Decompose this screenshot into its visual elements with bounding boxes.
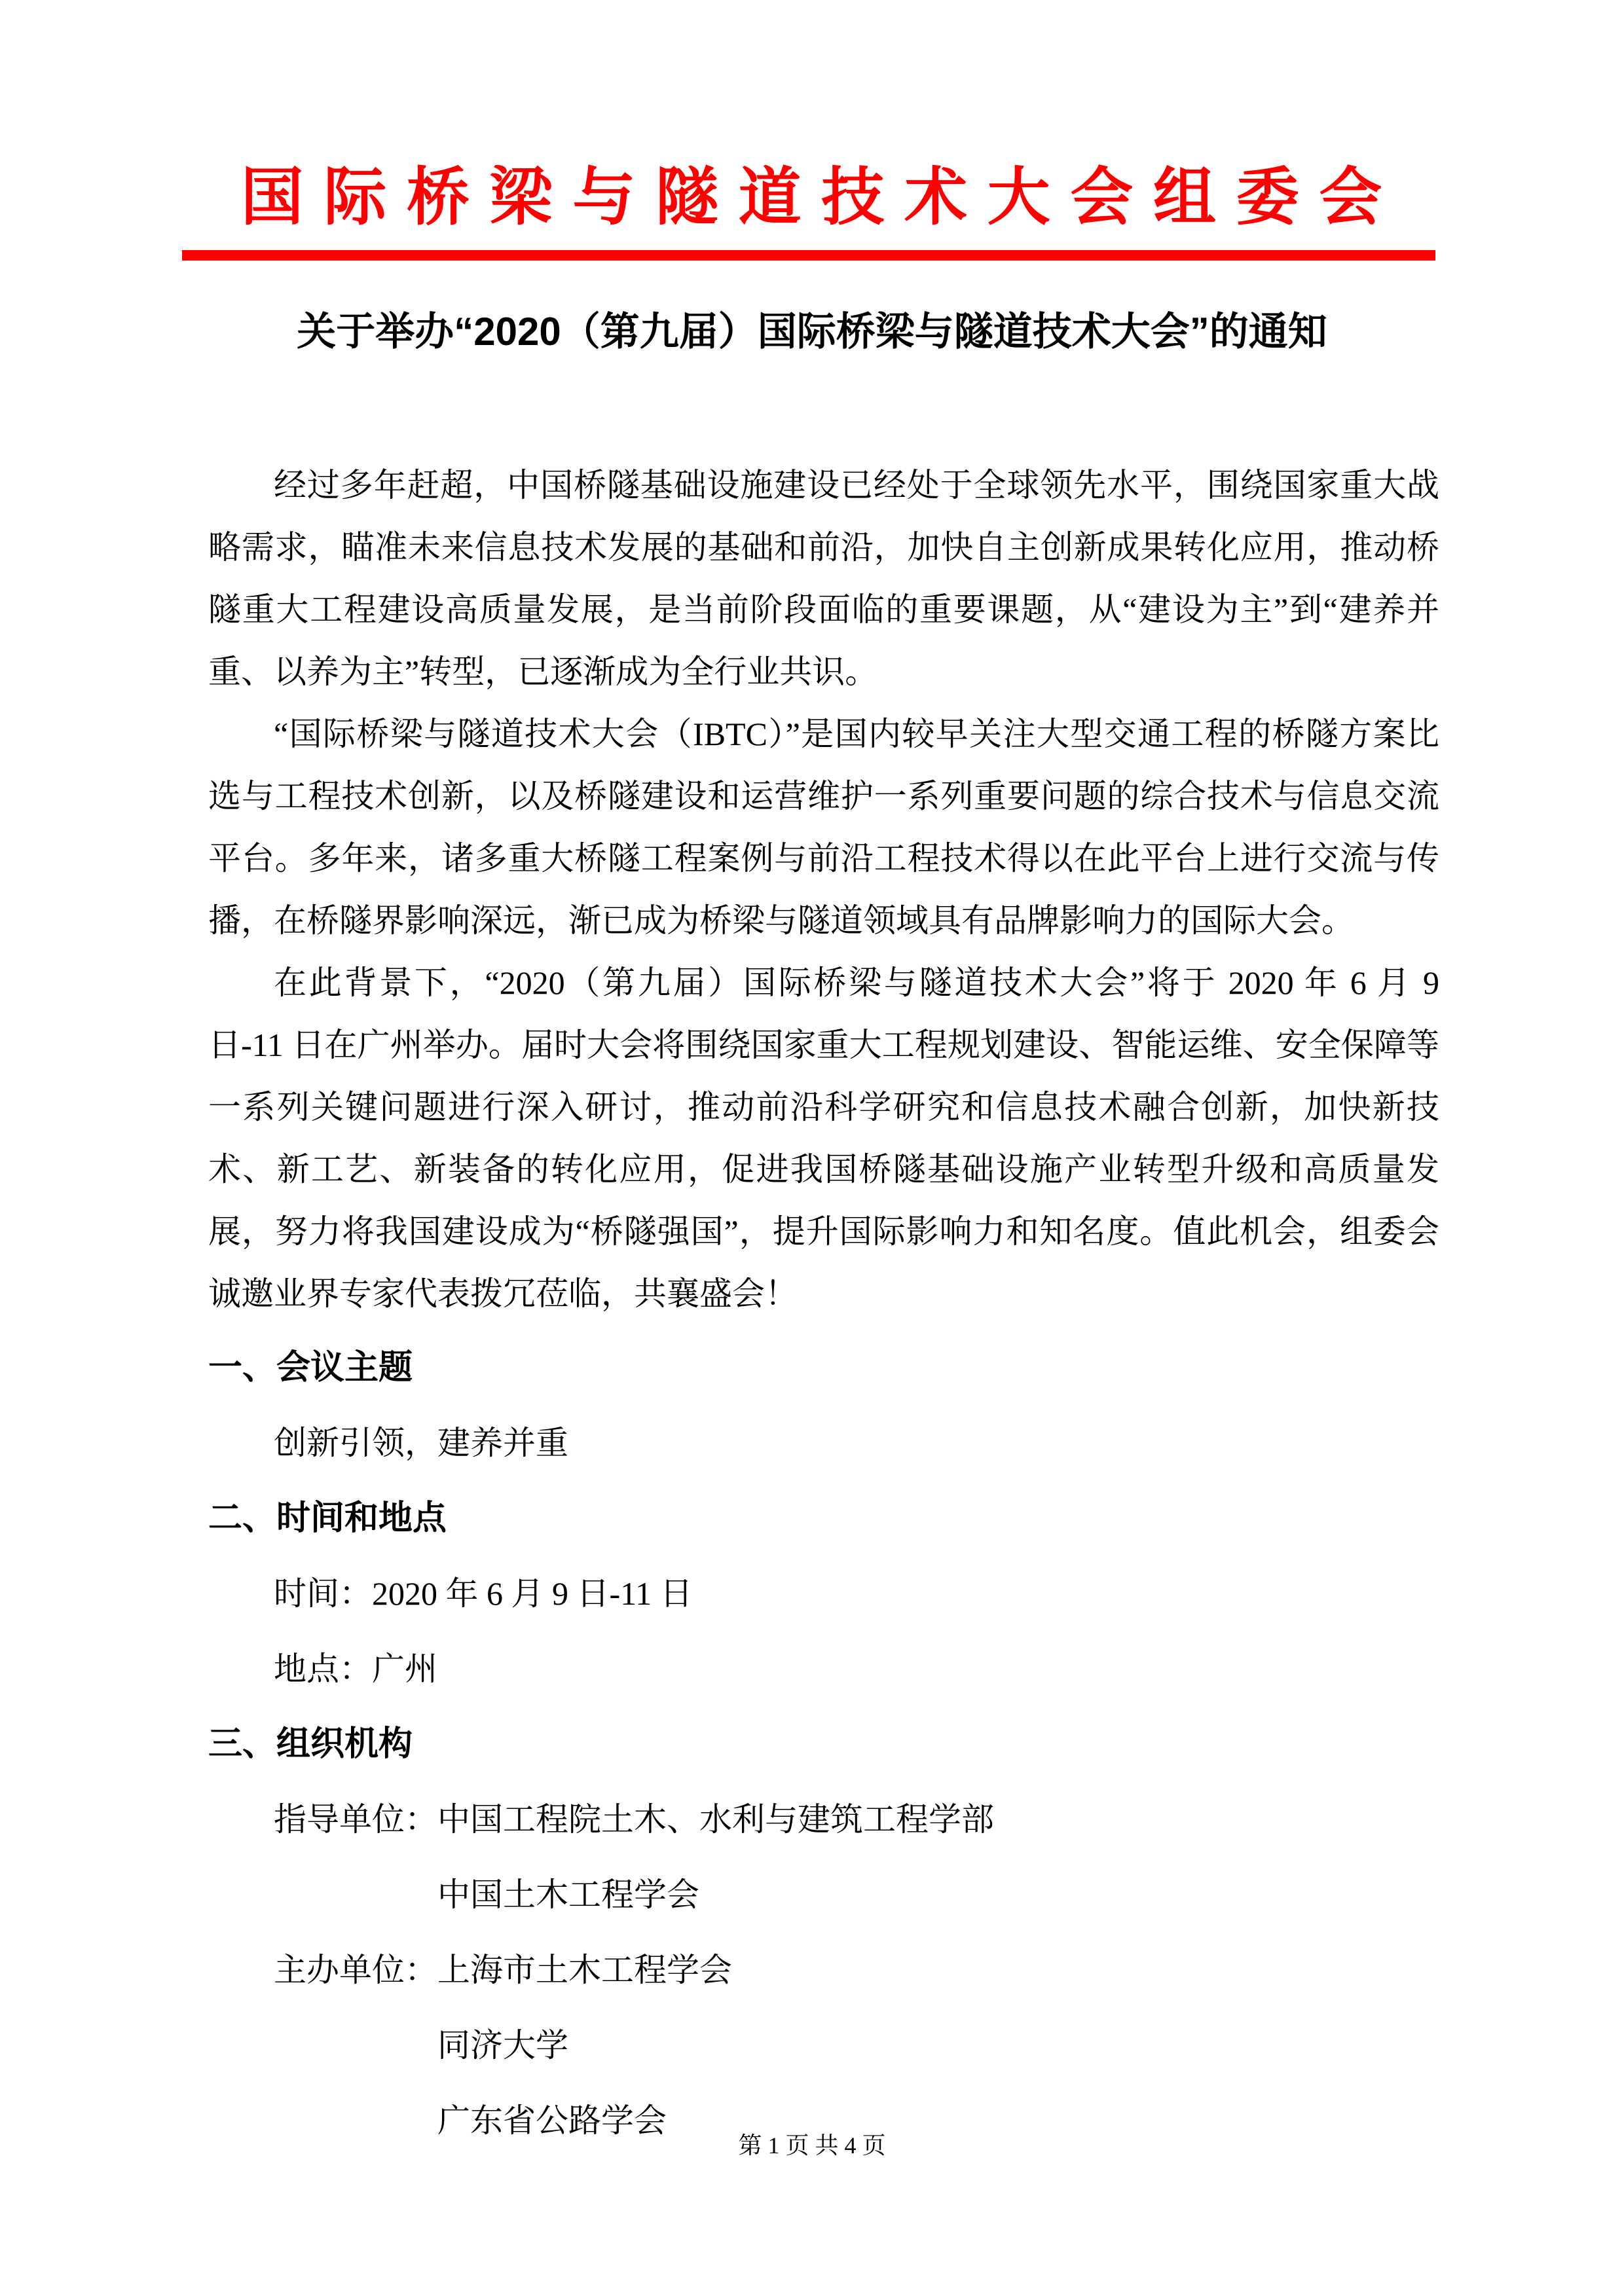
org-row-host-unit: 主办单位：上海市土木工程学会 (208, 1933, 1439, 2008)
org-label-guiding-unit: 指导单位： (274, 1801, 437, 1838)
letterhead-divider-rule (182, 250, 1435, 261)
section-heading-organization: 三、组织机构 (208, 1707, 1439, 1782)
intro-paragraph-3: 在此背景下，“2020（第九届）国际桥梁与隧道技术大会”将于 2020 年 6 … (208, 952, 1439, 1325)
section-heading-conference-theme: 一、会议主题 (208, 1330, 1439, 1406)
letterhead-title: 国 际 桥 梁 与 隧 道 技 术 大 会 组 委 会 (0, 0, 1624, 233)
time-line: 时间：2020 年 6 月 9 日-11 日 (208, 1556, 1439, 1631)
page-number-indicator: 第 1 页 共 4 页 (0, 2132, 1624, 2160)
org-unit: 同济大学 (208, 2008, 1439, 2083)
intro-paragraph-2: “国际桥梁与隧道技术大会（IBTC）”是国内较早关注大型交通工程的桥隧方案比选与… (208, 703, 1439, 952)
intro-paragraph-1: 经过多年赶超，中国桥隧基础设施建设已经处于全球领先水平，围绕国家重大战略需求，瞄… (208, 454, 1439, 703)
section-heading-time-and-venue: 二、时间和地点 (208, 1481, 1439, 1556)
org-unit: 中国工程院土木、水利与建筑工程学部 (437, 1801, 994, 1838)
org-unit: 中国土木工程学会 (208, 1857, 1439, 1933)
conference-theme-line: 创新引领，建养并重 (208, 1406, 1439, 1481)
venue-line: 地点：广州 (208, 1631, 1439, 1707)
document-body: 经过多年赶超，中国桥隧基础设施建设已经处于全球领先水平，围绕国家重大战略需求，瞄… (208, 454, 1439, 2159)
org-unit: 上海市土木工程学会 (437, 1952, 732, 1988)
section-list: 一、会议主题 创新引领，建养并重 二、时间和地点 时间：2020 年 6 月 9… (208, 1330, 1439, 2159)
org-label-host-unit: 主办单位： (274, 1952, 437, 1988)
document-page: 国 际 桥 梁 与 隧 道 技 术 大 会 组 委 会 关于举办“2020（第九… (0, 0, 1624, 2296)
org-row-guiding-unit: 指导单位：中国工程院土木、水利与建筑工程学部 (208, 1782, 1439, 1857)
letterhead: 国 际 桥 梁 与 隧 道 技 术 大 会 组 委 会 (0, 0, 1624, 261)
document-title: 关于举办“2020（第九届）国际桥梁与隧道技术大会”的通知 (0, 309, 1624, 355)
